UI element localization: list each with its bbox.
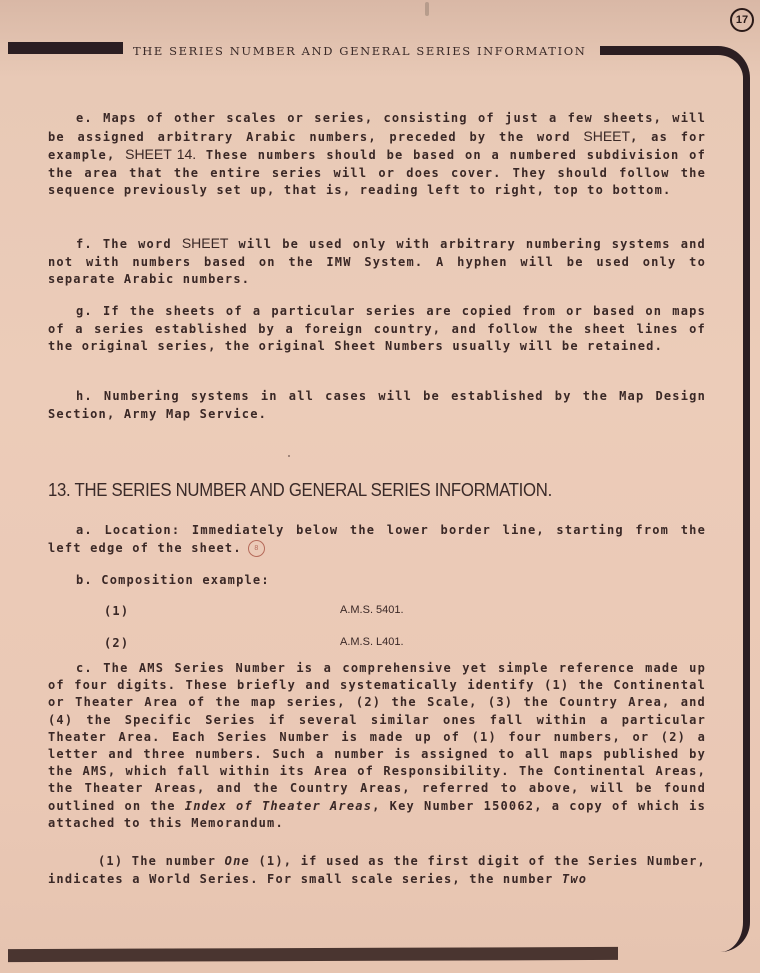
paragraph-13b: b. Composition example: bbox=[48, 572, 706, 590]
paragraph-13c: c. The AMS Series Number is a comprehens… bbox=[48, 660, 706, 832]
sheet-keyword: SHEET bbox=[583, 128, 630, 144]
paper-speck bbox=[288, 455, 290, 457]
paragraph-h: h. Numbering systems in all cases will b… bbox=[48, 388, 706, 423]
sheet-keyword: SHEET bbox=[182, 235, 229, 251]
bottom-rule bbox=[8, 947, 618, 962]
paragraph-e: e. Maps of other scales or series, consi… bbox=[48, 110, 706, 200]
paragraph-13a: a. Location: Immediately below the lower… bbox=[48, 522, 706, 557]
section-heading: 13. THE SERIES NUMBER AND GENERAL SERIES… bbox=[48, 480, 552, 501]
sheet-example: SHEET 14. bbox=[125, 146, 196, 162]
circled-marker-icon: 8 bbox=[248, 540, 265, 557]
running-header: THE SERIES NUMBER AND GENERAL SERIES INF… bbox=[133, 44, 586, 58]
example-value: A.M.S. L401. bbox=[340, 636, 404, 648]
header-rule-left bbox=[8, 42, 123, 54]
index-reference: Index of Theater Areas bbox=[185, 799, 372, 813]
paragraph-f: f. The word SHEET will be used only with… bbox=[48, 235, 706, 289]
page-number-badge: 17 bbox=[730, 8, 754, 32]
paragraph-13c1: (1) The number One (1), if used as the f… bbox=[48, 853, 706, 888]
paper-smudge bbox=[425, 2, 429, 16]
paragraph-g: g. If the sheets of a particular series … bbox=[48, 303, 706, 356]
example-value: A.M.S. 5401. bbox=[340, 604, 404, 616]
